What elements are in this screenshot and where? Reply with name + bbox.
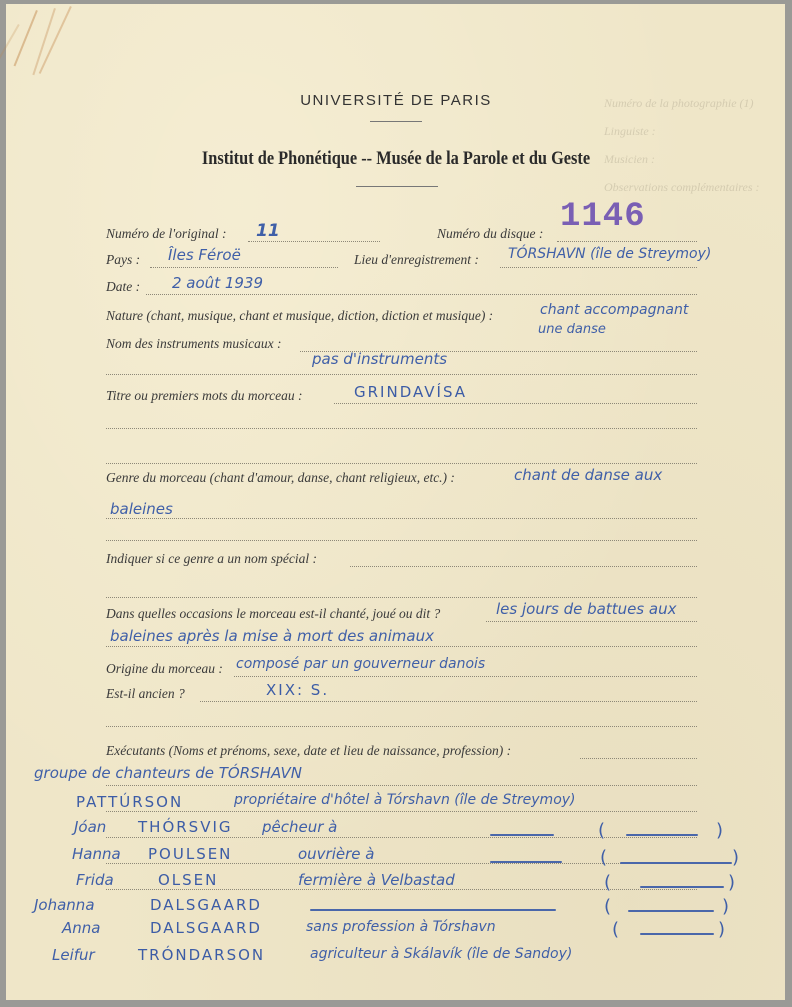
instruments-value[interactable]: pas d'instruments xyxy=(312,350,447,368)
dotted-line xyxy=(106,726,697,727)
performer-last-name[interactable]: DALSGAARD xyxy=(150,896,262,914)
dotted-line xyxy=(557,241,697,242)
dotted-line xyxy=(106,785,697,786)
performer-last-name[interactable]: OLSEN xyxy=(158,871,218,889)
ditto-paren: ( xyxy=(612,919,619,940)
performer-detail[interactable]: propriétaire d'hôtel à Tórshavn (île de … xyxy=(234,792,576,808)
performer-last-name[interactable]: THÓRSVIG xyxy=(138,818,233,836)
performer-last-name[interactable]: PATTÚRSON xyxy=(76,793,183,811)
nature-label: Nature (chant, musique, chant et musique… xyxy=(106,308,493,324)
dotted-line xyxy=(106,646,697,647)
disc-number-stamp: 1146 xyxy=(560,198,646,236)
performers-label: Exécutants (Noms et prénoms, sexe, date … xyxy=(106,743,511,759)
performer-last-name[interactable]: DALSGAARD xyxy=(150,919,262,937)
performer-detail[interactable]: pêcheur à xyxy=(262,818,337,836)
recording-place-value[interactable]: TÓRSHAVN (île de Streymoy) xyxy=(508,246,711,262)
university-heading: UNIVERSITÉ DE PARIS xyxy=(0,92,792,109)
genre-value-line2[interactable]: baleines xyxy=(110,500,173,518)
country-label: Pays : xyxy=(106,252,140,268)
ditto-line xyxy=(310,909,556,911)
performer-detail[interactable]: agriculteur à Skálavík (île de Sandoy) xyxy=(310,946,572,962)
recording-place-label: Lieu d'enregistrement : xyxy=(354,252,479,268)
ornament-divider xyxy=(370,121,422,122)
disc-number-label: Numéro du disque : xyxy=(437,226,543,242)
ditto-paren: ) xyxy=(716,820,723,841)
ornament-divider xyxy=(356,186,438,187)
original-number-value[interactable]: 11 xyxy=(256,221,280,241)
origin-label: Origine du morceau : xyxy=(106,661,223,677)
ancient-value[interactable]: XIX: S. xyxy=(266,681,329,699)
nature-value-line1[interactable]: chant accompagnant xyxy=(540,302,688,318)
dotted-line xyxy=(106,837,697,838)
ditto-dash xyxy=(628,910,714,912)
nature-value-line2[interactable]: une danse xyxy=(538,322,606,337)
performer-detail[interactable]: sans profession à Tórshavn xyxy=(306,919,496,935)
ghost-text: Observations complémentaires : xyxy=(604,180,760,195)
performer-last-name[interactable]: TRÓNDARSON xyxy=(138,946,265,964)
ditto-paren: ) xyxy=(718,919,725,940)
ditto-paren: ) xyxy=(732,847,739,868)
country-value[interactable]: Îles Féroë xyxy=(168,246,241,264)
dotted-line xyxy=(106,863,697,864)
dotted-line xyxy=(106,428,697,429)
dotted-line xyxy=(334,403,697,404)
performer-first-name[interactable]: Anna xyxy=(62,919,100,937)
dotted-line xyxy=(106,374,697,375)
special-name-label: Indiquer si ce genre a un nom spécial : xyxy=(106,551,317,567)
performers-group[interactable]: groupe de chanteurs de TÓRSHAVN xyxy=(34,764,302,782)
performer-first-name[interactable]: Frida xyxy=(76,871,114,889)
ditto-paren: ( xyxy=(600,847,607,868)
dotted-line xyxy=(106,811,697,812)
occasions-value-line1[interactable]: les jours de battues aux xyxy=(496,600,676,618)
ditto-dash xyxy=(620,862,732,864)
date-value[interactable]: 2 août 1939 xyxy=(172,274,263,292)
genre-label: Genre du morceau (chant d'amour, danse, … xyxy=(106,470,455,486)
institute-heading: Institut de Phonétique -- Musée de la Pa… xyxy=(55,148,736,170)
ditto-paren: ( xyxy=(598,820,605,841)
performer-first-name[interactable]: Leifur xyxy=(52,946,95,964)
ancient-label: Est-il ancien ? xyxy=(106,686,185,702)
ditto-paren: ) xyxy=(722,896,729,917)
dotted-line xyxy=(486,621,697,622)
occasions-label: Dans quelles occasions le morceau est-il… xyxy=(106,606,440,622)
performer-last-name[interactable]: POULSEN xyxy=(148,845,232,863)
stain-mark xyxy=(14,10,38,66)
dotted-line xyxy=(200,701,697,702)
ghost-text: Linguiste : xyxy=(604,124,656,139)
dotted-line xyxy=(234,676,697,677)
ditto-dash xyxy=(626,834,698,836)
ditto-paren: ( xyxy=(604,896,611,917)
dotted-line xyxy=(146,294,697,295)
ditto-dash xyxy=(490,834,554,836)
dotted-line[interactable] xyxy=(350,566,697,567)
original-number-label: Numéro de l'original : xyxy=(106,226,227,242)
ditto-dash xyxy=(490,861,562,863)
ditto-dash xyxy=(640,886,724,888)
instruments-label: Nom des instruments musicaux : xyxy=(106,336,282,352)
dotted-line xyxy=(106,518,697,519)
ditto-dash xyxy=(640,933,714,935)
dotted-line xyxy=(580,758,697,759)
origin-value[interactable]: composé par un gouverneur danois xyxy=(236,656,485,672)
dotted-line xyxy=(106,540,697,541)
dotted-line xyxy=(500,267,697,268)
ditto-paren: ( xyxy=(604,872,611,893)
genre-value-line1[interactable]: chant de danse aux xyxy=(514,466,662,484)
performer-detail[interactable]: ouvrière à xyxy=(298,845,374,863)
title-label: Titre ou premiers mots du morceau : xyxy=(106,388,303,404)
dotted-line xyxy=(248,241,380,242)
performer-first-name[interactable]: Jóan xyxy=(74,818,106,836)
occasions-value-line2[interactable]: baleines après la mise à mort des animau… xyxy=(110,627,434,645)
ditto-paren: ) xyxy=(728,872,735,893)
dotted-line xyxy=(106,597,697,598)
dotted-line xyxy=(150,267,338,268)
performer-detail[interactable]: fermière à Velbastad xyxy=(298,871,455,889)
performer-first-name[interactable]: Johanna xyxy=(34,896,95,914)
title-value[interactable]: GRINDAVÍSA xyxy=(354,383,467,401)
performer-first-name[interactable]: Hanna xyxy=(72,845,121,863)
dotted-line xyxy=(106,463,697,464)
date-label: Date : xyxy=(106,279,140,295)
